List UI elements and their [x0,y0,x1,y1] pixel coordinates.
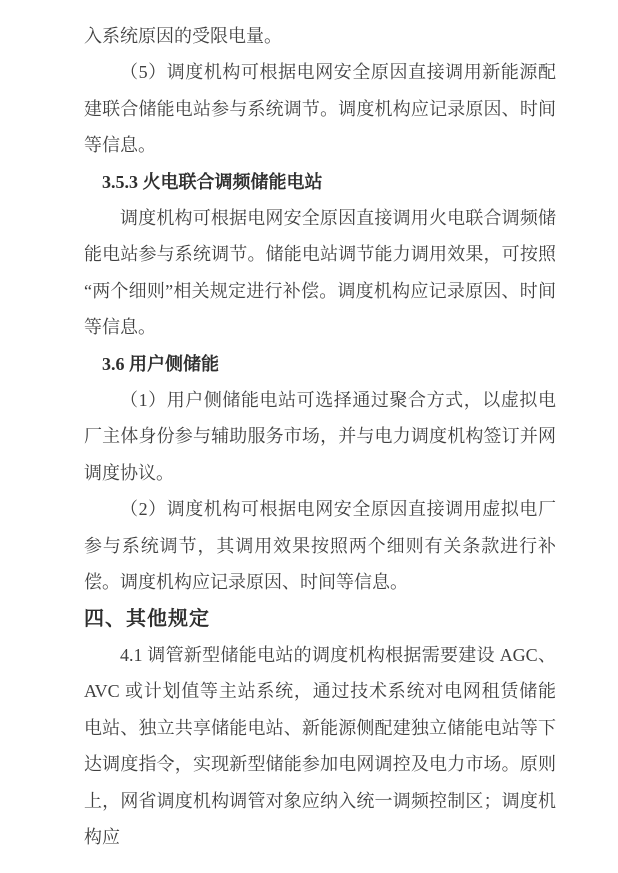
body-paragraph: （1）用户侧储能电站可选择通过聚合方式，以虚拟电厂主体身份参与辅助服务市场，并与… [84,382,556,491]
chapter-heading-4: 四、其他规定 [84,601,556,637]
body-paragraph: （5）调度机构可根据电网安全原因直接调用新能源配建联合储能电站参与系统调节。调度… [84,54,556,163]
section-heading-3-5-3: 3.5.3 火电联合调频储能电站 [84,164,556,200]
body-paragraph: （2）调度机构可根据电网安全原因直接调用虚拟电厂参与系统调节，其调用效果按照两个… [84,491,556,600]
continuation-paragraph: 入系统原因的受限电量。 [84,18,556,54]
document-page: 入系统原因的受限电量。（5）调度机构可根据电网安全原因直接调用新能源配建联合储能… [0,0,618,873]
section-heading-3-6: 3.6 用户侧储能 [84,346,556,382]
body-paragraph: 4.1 调管新型储能电站的调度机构根据需要建设 AGC、AVC 或计划值等主站系… [84,637,556,855]
body-paragraph: 调度机构可根据电网安全原因直接调用火电联合调频储能电站参与系统调节。储能电站调节… [84,200,556,346]
